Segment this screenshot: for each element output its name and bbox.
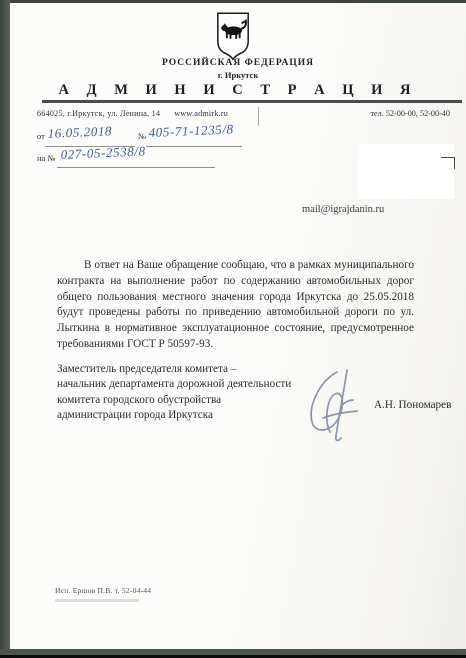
ref-date-handwritten: 16.05.2018 [47,123,112,142]
letter-body-paragraph: В ответ на Ваше обращение сообщаю, что в… [57,258,414,353]
letterhead-address: 664025, г.Иркутск, ул. Ленина, 14 [37,109,160,118]
signer-position-block: Заместитель председателя комитета – нача… [57,362,327,424]
executor-note: Исп. Ершов П.В. т. 52-04-44 [55,586,151,595]
letterhead-website: www.admirk.ru [174,109,228,118]
addressee-redaction-patch [358,144,454,199]
irkutsk-babr-shield-icon [214,11,252,61]
ref-number-handwritten: 405-71-1235/8 [148,121,234,141]
ref-number-underline [146,146,242,147]
ref-from-label: от [37,131,45,141]
signer-position-line: администрации города Иркутска [57,408,327,423]
signer-position-line: начальник департамента дорожной деятельн… [57,377,327,392]
ref-reply-underline [57,167,215,168]
letterhead-rule [42,100,462,103]
signer-position-line: комитета городского обустройства [57,393,327,408]
letterhead-city: г. Иркутск [10,70,466,80]
addressee-email: mail@igrajdanin.ru [302,204,384,215]
ref-reply-handwritten: 027-05-2538/8 [60,143,146,163]
letterhead-phone: тел. 52-00-00, 52-00-40 [330,109,450,118]
letterhead-address-line: 664025, г.Иркутск, ул. Ленина, 14www.adm… [37,109,228,118]
signer-position-line: Заместитель председателя комитета – [57,362,327,377]
bleed-through-artifact [55,599,139,602]
letterhead-country: РОССИЙСКАЯ ФЕДЕРАЦИЯ [10,58,466,68]
scanned-letter-page: РОССИЙСКАЯ ФЕДЕРАЦИЯ г. Иркутск А Д М И … [0,0,466,658]
signature-flourish-icon [303,366,367,451]
letterhead-organization-title: А Д М И Н И С Т Р А Ц И Я [10,82,466,99]
scan-edge-left [0,0,10,658]
ref-reply-label: на № [37,153,56,163]
address-phone-divider [258,107,259,126]
signer-name: А.Н. Пономарев [374,399,451,411]
ref-number-label: № [138,131,146,141]
scan-edge-top [0,0,466,3]
addressee-corner-mark-icon [441,157,455,169]
